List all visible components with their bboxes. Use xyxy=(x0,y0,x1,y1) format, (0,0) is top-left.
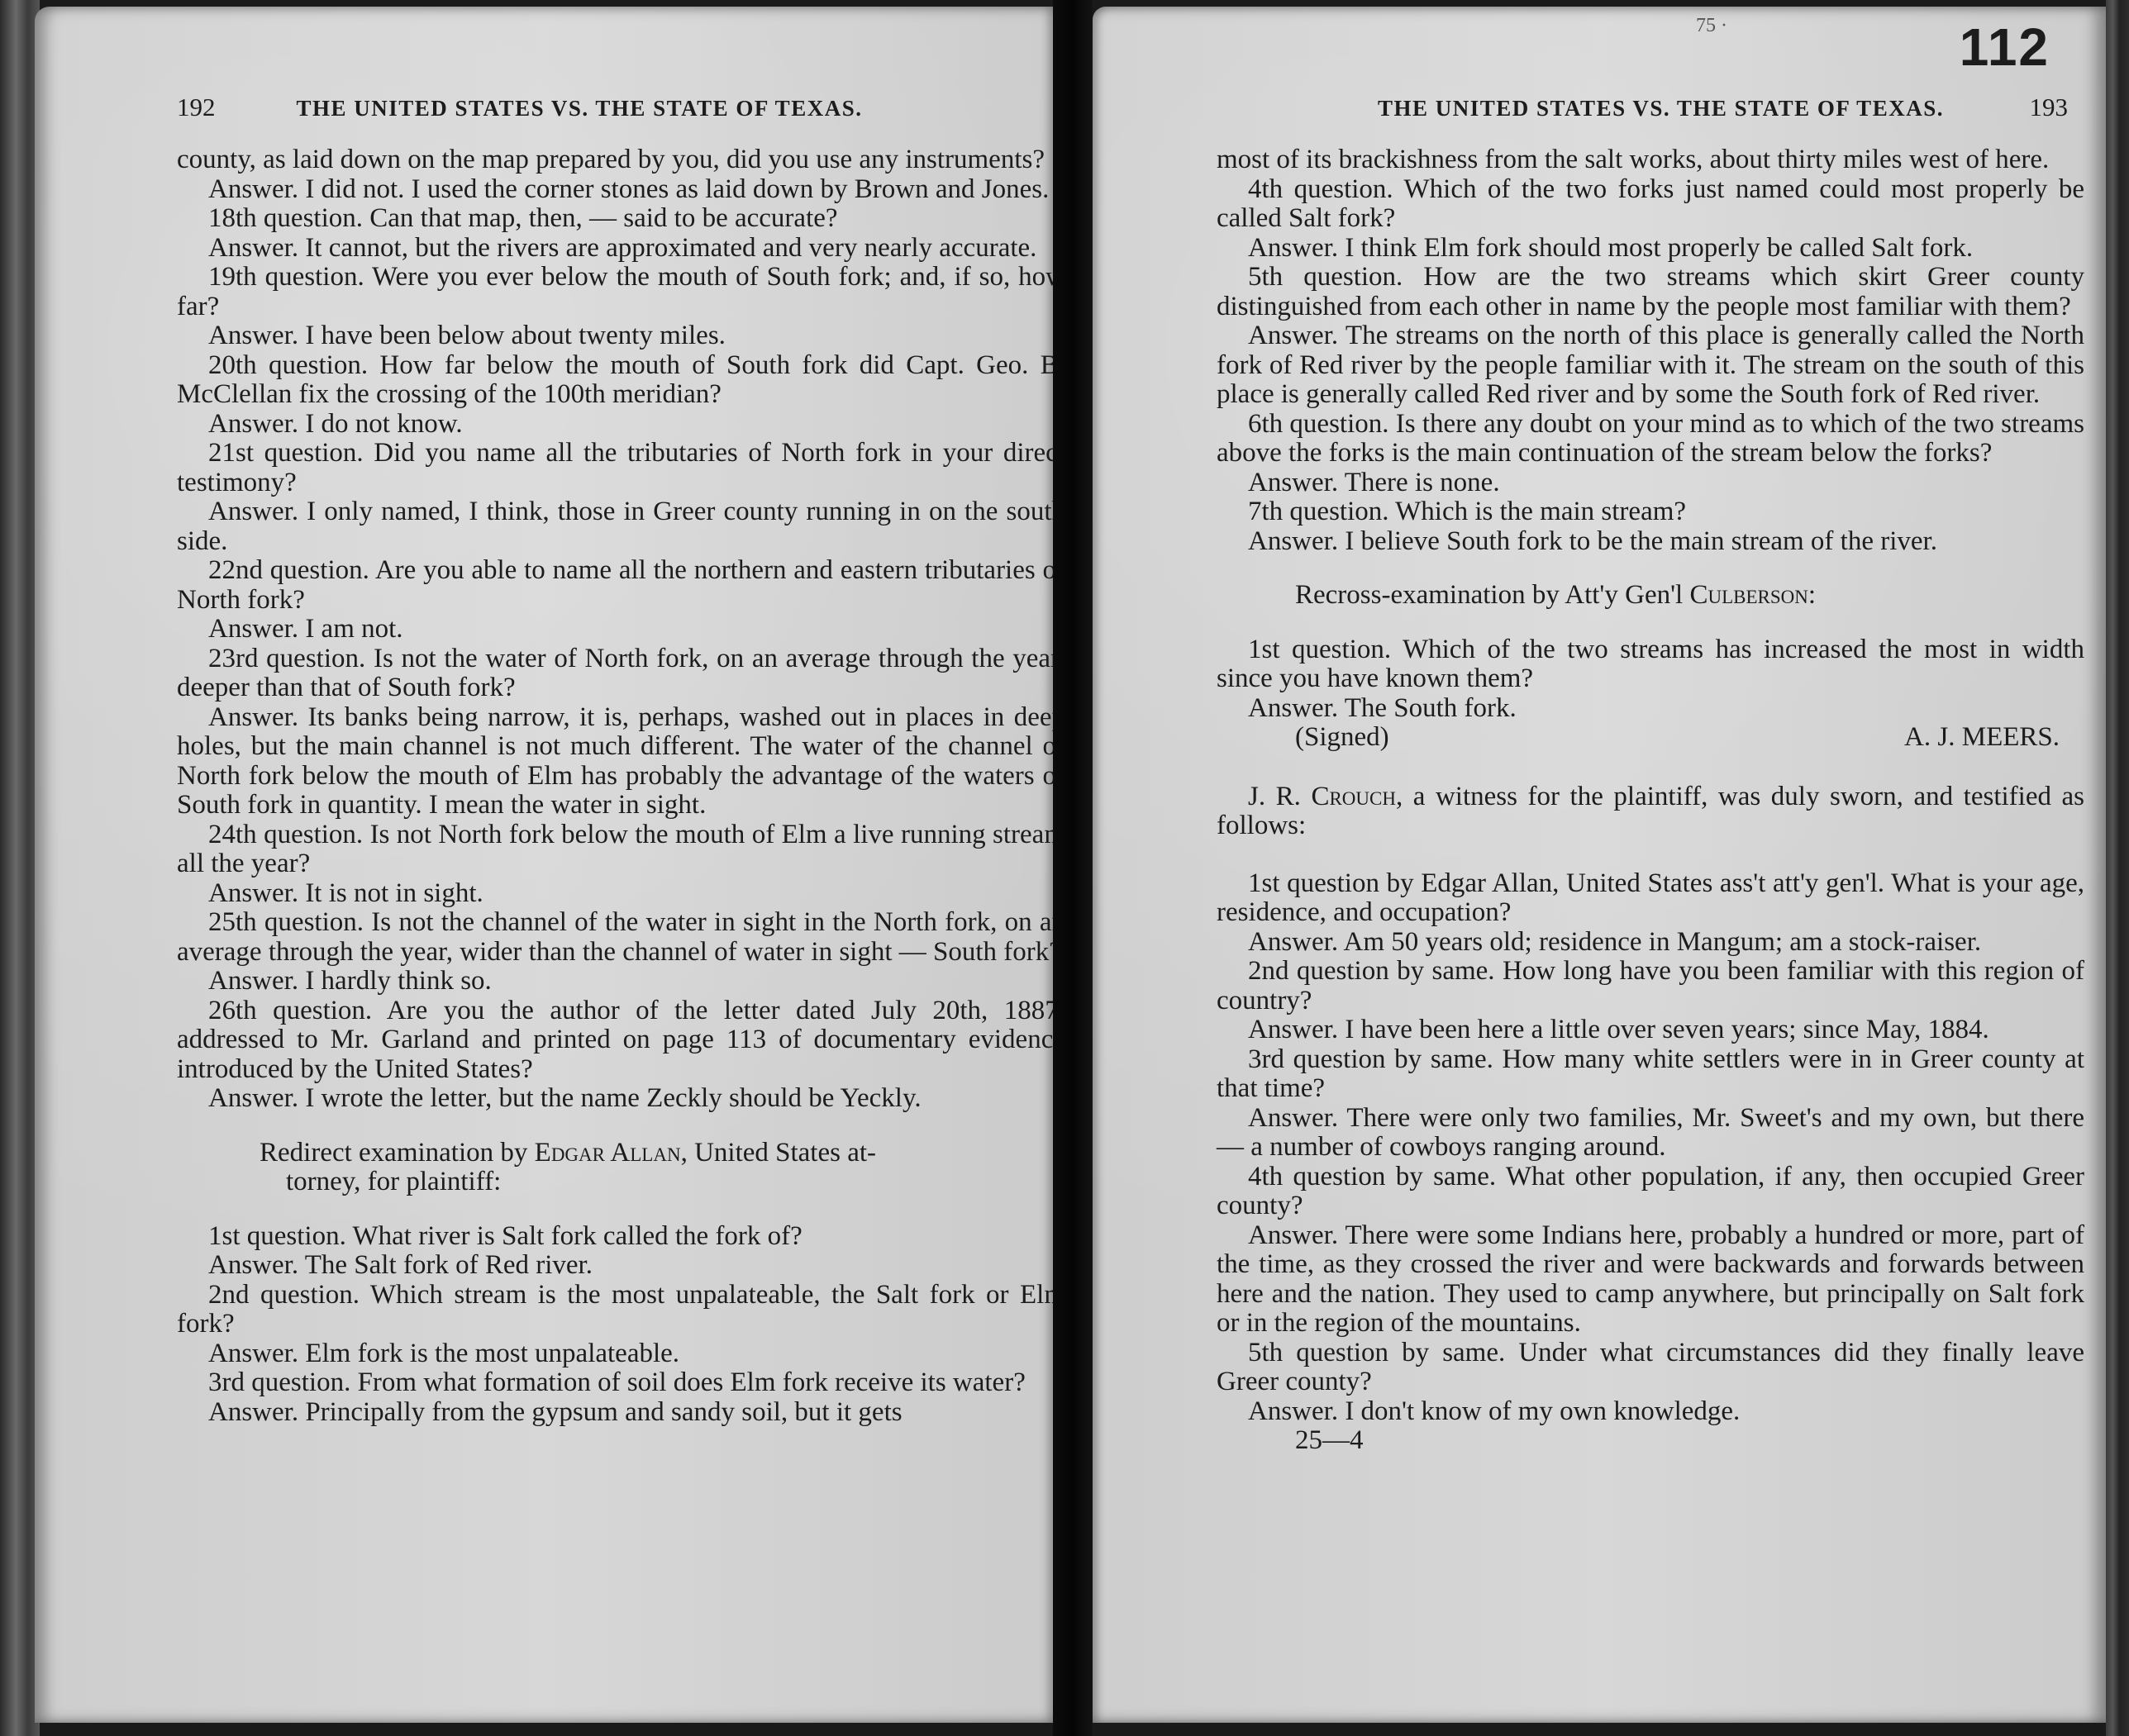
paragraph: Answer. Its banks being narrow, it is, p… xyxy=(177,703,1065,820)
paragraph: 1st question. Which of the two streams h… xyxy=(1217,635,2084,694)
witness-name: J. R. Crouch xyxy=(1248,782,1396,811)
paragraph: 26th question. Are you the author of the… xyxy=(177,996,1065,1085)
attorney-general-name: Culberson xyxy=(1689,580,1808,610)
paragraph: Answer. The South fork. xyxy=(1217,694,2084,724)
paragraph: 3rd question by same. How many white set… xyxy=(1217,1045,2084,1104)
left-page: 192 THE UNITED STATES VS. THE STATE OF T… xyxy=(35,7,1053,1723)
paragraph: Answer. Elm fork is the most unpalateabl… xyxy=(177,1339,1065,1369)
book-edge-right xyxy=(2106,0,2129,1736)
heading-prefix: Recross-examination by Att'y Gen'l xyxy=(1295,580,1689,610)
recross-examination-heading: Recross-examination by Att'y Gen'l Culbe… xyxy=(1217,581,2084,611)
book-binding-left xyxy=(0,0,40,1736)
right-running-head: THE UNITED STATES VS. THE STATE OF TEXAS… xyxy=(1233,93,2068,122)
paragraph: Answer. I only named, I think, those in … xyxy=(177,497,1065,556)
paragraph: Answer. I have been here a little over s… xyxy=(1217,1015,2084,1045)
folio-stamp-number: 112 xyxy=(1960,17,2050,78)
paragraph: 23rd question. Is not the water of North… xyxy=(177,644,1065,703)
paragraph: Answer. I don't know of my own knowledge… xyxy=(1217,1397,2084,1427)
paragraph: Answer. There were only two families, Mr… xyxy=(1217,1104,2084,1163)
paragraph: Answer. The streams on the north of this… xyxy=(1217,321,2084,410)
paragraph: most of its brackishness from the salt w… xyxy=(1217,145,2084,175)
paragraph: Answer. I did not. I used the corner sto… xyxy=(177,175,1065,205)
paragraph: 7th question. Which is the main stream? xyxy=(1217,497,2084,527)
heading-suffix: , United States at- xyxy=(681,1138,876,1168)
spacer xyxy=(1217,841,2084,869)
paragraph: 5th question by same. Under what circums… xyxy=(1217,1339,2084,1397)
paragraph: 18th question. Can that map, then, — sai… xyxy=(177,204,1065,234)
paragraph: Answer. I have been below about twenty m… xyxy=(177,321,1065,351)
paragraph: 1st question. What river is Salt fork ca… xyxy=(177,1222,1065,1252)
attorney-name: Edgar Allan xyxy=(535,1138,681,1168)
paragraph: Answer. Am 50 years old; residence in Ma… xyxy=(1217,928,2084,958)
pencil-annotation: 75 · xyxy=(1696,15,1727,37)
book-gutter xyxy=(1053,0,1093,1736)
printer-signature-mark: 25—4 xyxy=(1217,1426,2084,1456)
signatory-name: A. J. MEERS. xyxy=(1904,723,2060,753)
paragraph: 3rd question. From what formation of soi… xyxy=(177,1368,1065,1398)
redirect-examination-heading: Redirect examination by Edgar Allan, Uni… xyxy=(177,1139,1065,1197)
paragraph: 22nd question. Are you able to name all … xyxy=(177,556,1065,615)
paragraph: Answer. There were some Indians here, pr… xyxy=(1217,1221,2084,1339)
paragraph: Answer. I do not know. xyxy=(177,410,1065,440)
paragraph: 4th question. Which of the two forks jus… xyxy=(1217,175,2084,234)
right-page: 75 · 112 THE UNITED STATES VS. THE STATE… xyxy=(1093,7,2108,1723)
left-running-title: THE UNITED STATES VS. THE STATE OF TEXAS… xyxy=(297,96,863,121)
paragraph: 19th question. Were you ever below the m… xyxy=(177,263,1065,321)
heading-line-2: torney, for plaintiff: xyxy=(260,1168,1065,1197)
paragraph: Answer. Principally from the gypsum and … xyxy=(177,1398,1065,1428)
paragraph: 6th question. Is there any doubt on your… xyxy=(1217,410,2084,468)
paragraph: 20th question. How far below the mouth o… xyxy=(177,351,1065,410)
paragraph: Answer. It cannot, but the rivers are ap… xyxy=(177,234,1065,264)
paragraph: 25th question. Is not the channel of the… xyxy=(177,908,1065,967)
paragraph: county, as laid down on the map prepared… xyxy=(177,145,1065,175)
right-body-text: most of its brackishness from the salt w… xyxy=(1217,145,2084,1456)
paragraph: Answer. I wrote the letter, but the name… xyxy=(177,1084,1065,1114)
paragraph: Answer. I hardly think so. xyxy=(177,967,1065,996)
paragraph: Answer. The Salt fork of Red river. xyxy=(177,1251,1065,1281)
paragraph: 4th question by same. What other populat… xyxy=(1217,1163,2084,1221)
heading-suffix: : xyxy=(1808,580,1816,610)
paragraph: Answer. I am not. xyxy=(177,615,1065,644)
signature-line: (Signed) A. J. MEERS. xyxy=(1217,723,2084,753)
heading-prefix: Redirect examination by xyxy=(260,1138,535,1168)
left-body-text: county, as laid down on the map prepared… xyxy=(177,145,1065,1427)
witness-introduction: J. R. Crouch, a witness for the plaintif… xyxy=(1217,782,2084,841)
paragraph: 21st question. Did you name all the trib… xyxy=(177,439,1065,497)
paragraph: Answer. There is none. xyxy=(1217,468,2084,498)
signed-label: (Signed) xyxy=(1295,723,1389,753)
paragraph: 24th question. Is not North fork below t… xyxy=(177,820,1065,879)
left-running-head: 192 THE UNITED STATES VS. THE STATE OF T… xyxy=(177,93,1053,122)
right-running-title: THE UNITED STATES VS. THE STATE OF TEXAS… xyxy=(1378,96,2030,121)
right-page-number: 193 xyxy=(2030,93,2069,122)
paragraph: Answer. I believe South fork to be the m… xyxy=(1217,527,2084,557)
paragraph: Answer. I think Elm fork should most pro… xyxy=(1217,234,2084,264)
paragraph: 1st question by Edgar Allan, United Stat… xyxy=(1217,869,2084,928)
paragraph: 2nd question by same. How long have you … xyxy=(1217,957,2084,1015)
paragraph: 2nd question. Which stream is the most u… xyxy=(177,1281,1065,1339)
left-page-number: 192 xyxy=(177,93,216,122)
paragraph: Answer. It is not in sight. xyxy=(177,879,1065,909)
paragraph: 5th question. How are the two streams wh… xyxy=(1217,263,2084,321)
